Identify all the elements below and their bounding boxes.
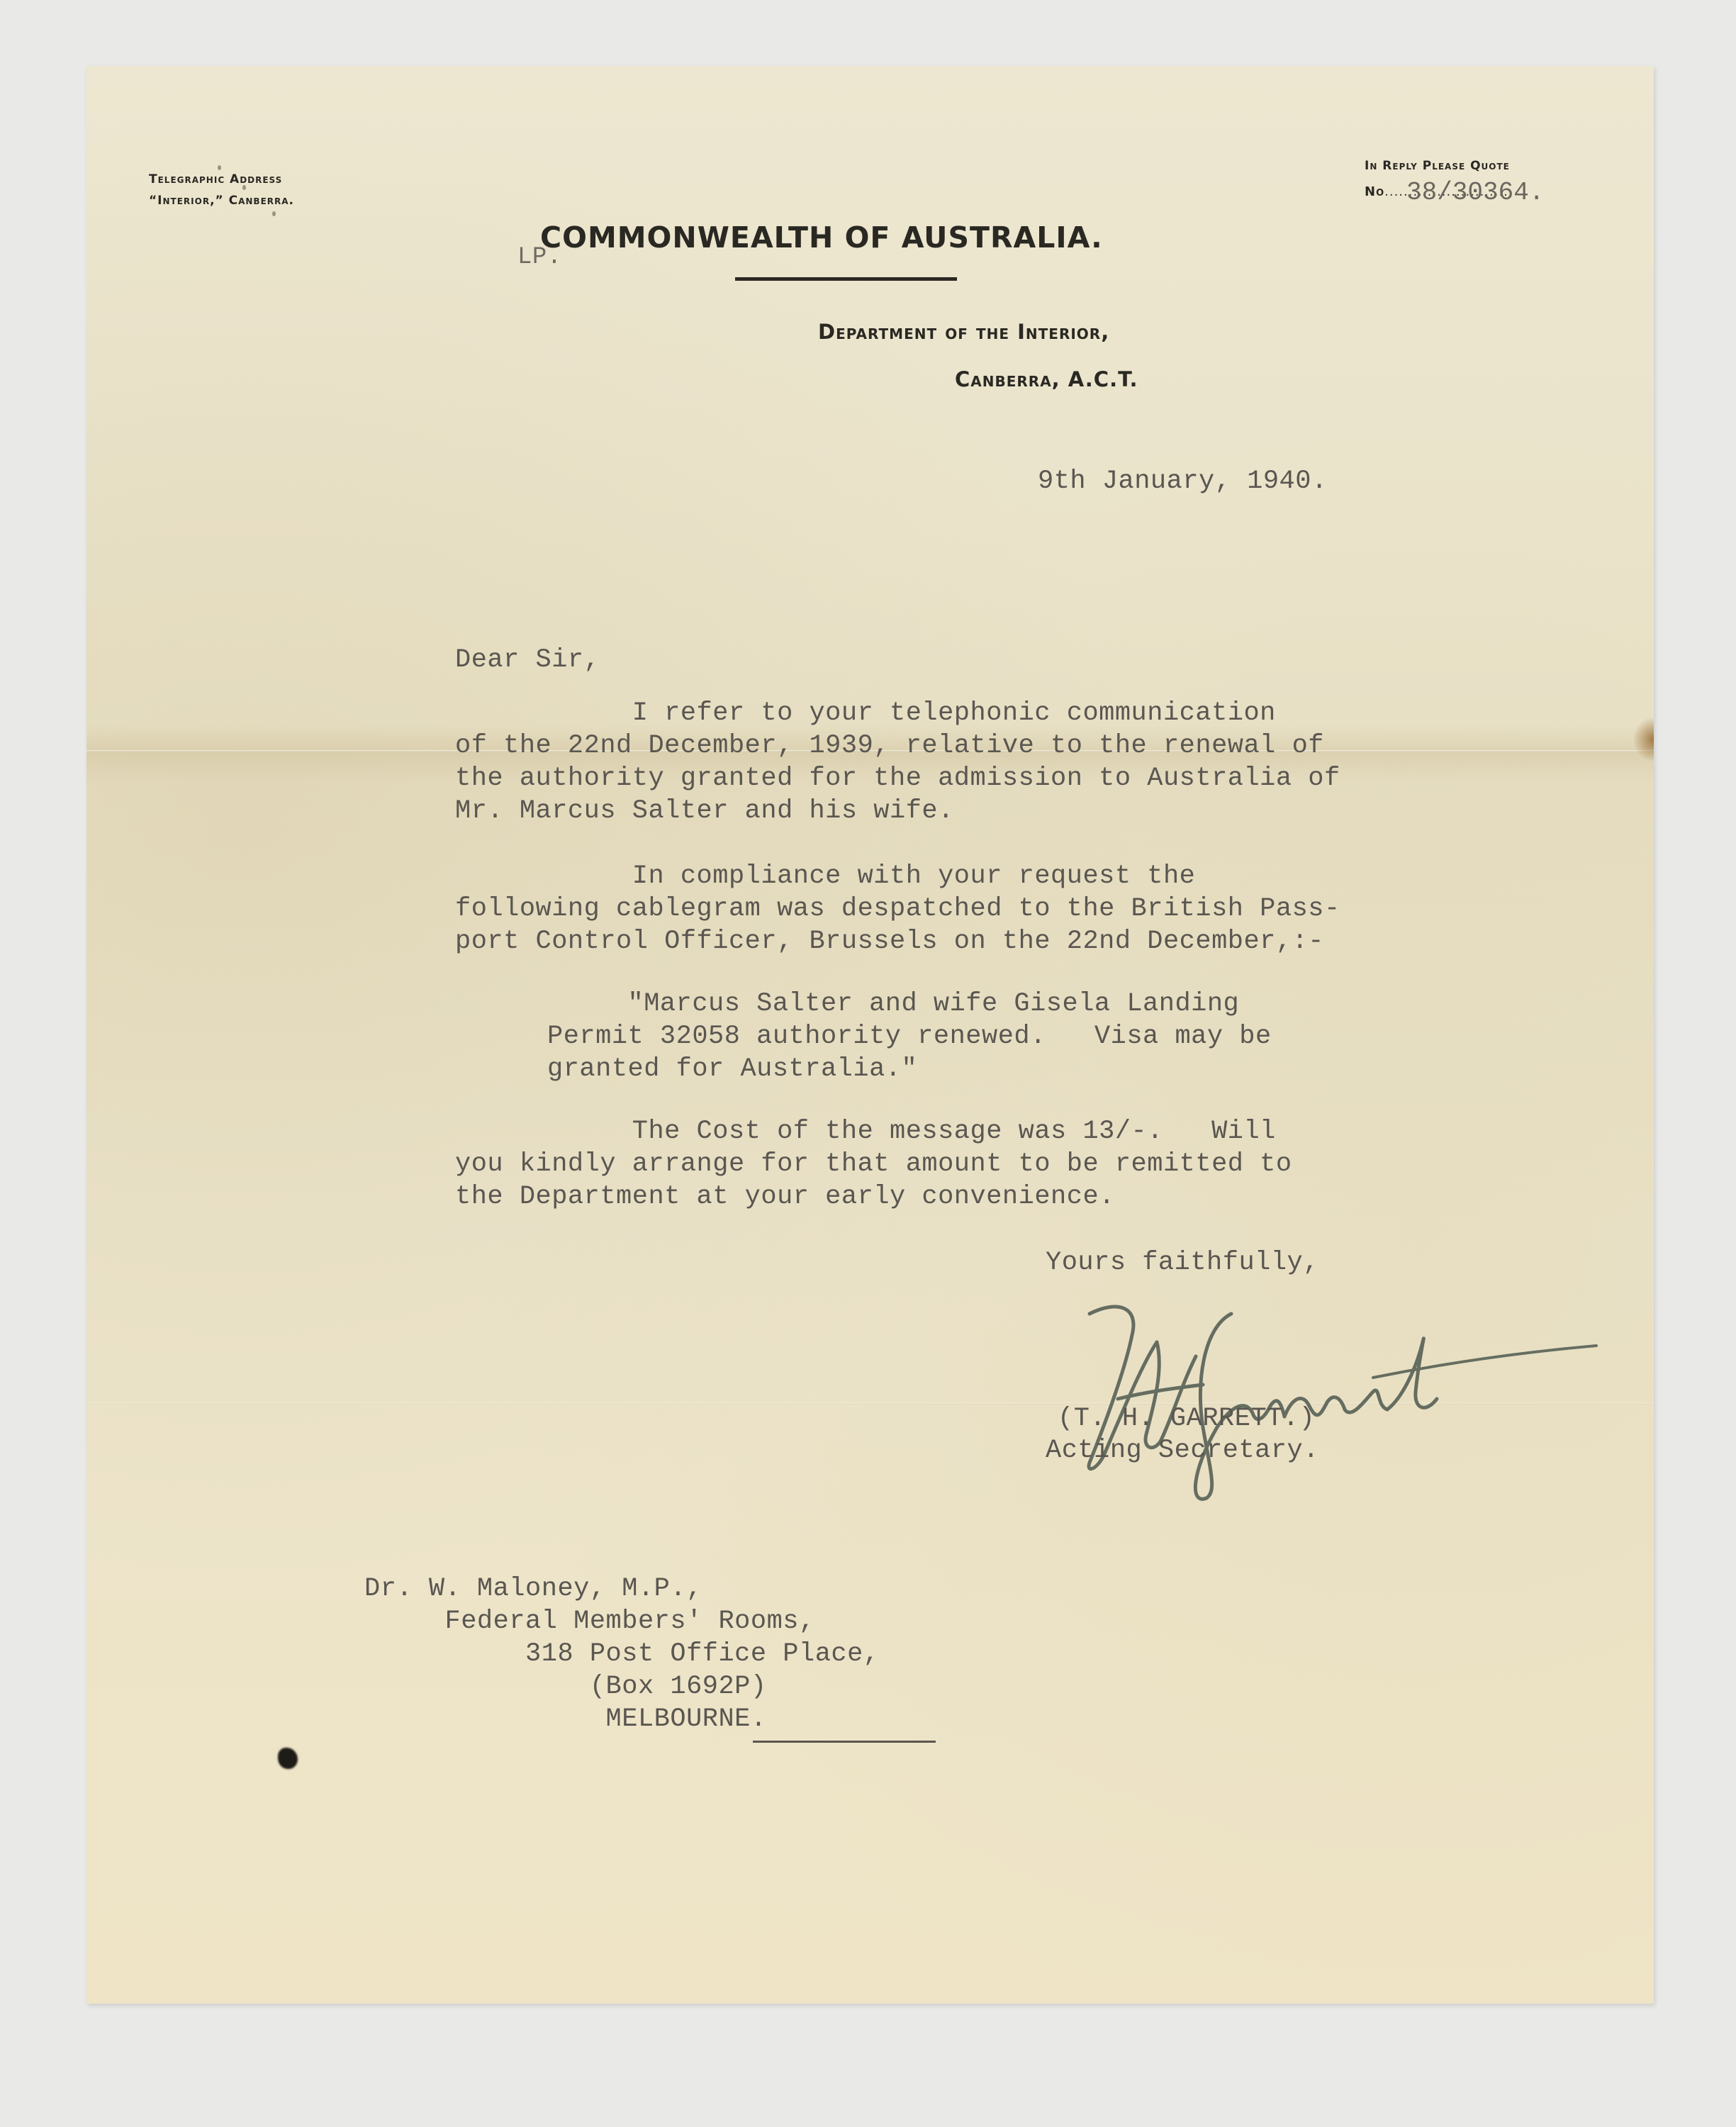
handwritten-signature xyxy=(1075,1285,1600,1512)
letterhead-title: COMMONWEALTH OF AUSTRALIA. xyxy=(540,220,1103,255)
reply-quote-label: In Reply Please Quote xyxy=(1365,159,1510,173)
body-paragraph: I refer to your telephonic communication… xyxy=(455,697,1340,827)
department-city: Canberra, A.C.T. xyxy=(955,367,1138,391)
ink-blot xyxy=(278,1748,298,1769)
letter-date: 9th January, 1940. xyxy=(1038,465,1328,498)
cablegram-quote: "Marcus Salter and wife Gisela Landing P… xyxy=(547,988,1272,1085)
title-divider xyxy=(735,277,957,281)
telegraphic-label: Telegraphic Address xyxy=(149,169,294,190)
complimentary-close: Yours faithfully, xyxy=(1046,1246,1319,1279)
reference-number: 38/30364. xyxy=(1406,178,1544,207)
typist-initials: LP. xyxy=(517,241,562,274)
signatory-name: (T. H. GARRETT.) xyxy=(1058,1402,1315,1435)
recipient-address: Dr. W. Maloney, M.P., Federal Members' R… xyxy=(364,1573,880,1736)
telegraphic-value: “Interior,” Canberra. xyxy=(149,190,294,211)
body-paragraph: In compliance with your request the foll… xyxy=(455,860,1340,958)
signatory-title: Acting Secretary. xyxy=(1046,1434,1319,1467)
reply-number-label: No xyxy=(1365,184,1384,199)
letter-page: Telegraphic Address “Interior,” Canberra… xyxy=(86,66,1654,2004)
salutation: Dear Sir, xyxy=(455,644,600,676)
edge-stain xyxy=(1634,718,1654,761)
paper-speck xyxy=(272,211,276,216)
city-underline xyxy=(753,1741,936,1743)
department-name: Department of the Interior, xyxy=(818,320,1109,344)
telegraphic-address: Telegraphic Address “Interior,” Canberra… xyxy=(149,169,294,211)
body-paragraph: The Cost of the message was 13/-. Will y… xyxy=(455,1115,1292,1213)
